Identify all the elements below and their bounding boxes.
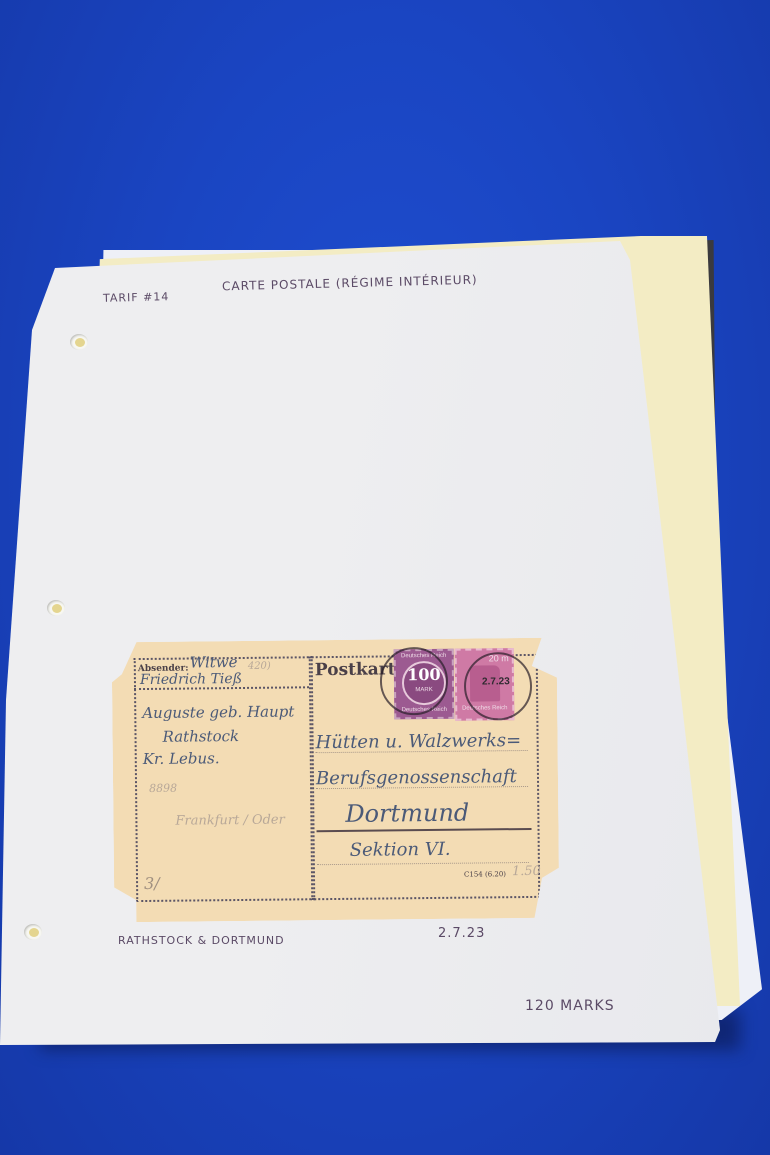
pencil-note-4: 3/ xyxy=(144,874,160,893)
address-line-2: Berufsgenossenschaft xyxy=(316,766,517,789)
form-code: C154 (6.20) xyxy=(464,870,506,878)
sender-box xyxy=(134,656,316,902)
sender-line-3: Auguste geb. Haupt xyxy=(142,702,294,722)
pencil-note-1: 420) xyxy=(248,661,271,672)
date-caption: 2.7.23 xyxy=(438,926,485,941)
sender-line-1: Witwe xyxy=(190,653,238,671)
postcard: Absender: Witwe Friedrich Tieß 420) Augu… xyxy=(112,638,560,923)
postmark-date: 2.7.23 xyxy=(482,676,510,687)
punch-hole-middle xyxy=(47,600,65,616)
sender-line-5: Kr. Lebus. xyxy=(143,749,220,768)
album-page-shading xyxy=(0,0,770,1155)
postmark-1 xyxy=(380,647,449,716)
rate-caption: 120 MARKS xyxy=(525,998,615,1014)
route-caption: RATHSTOCK & DORTMUND xyxy=(118,934,285,947)
sender-line-2: Friedrich Tieß xyxy=(140,671,242,688)
tarif-label: TARIF #14 xyxy=(103,290,170,305)
address-line-4: Sektion VI. xyxy=(350,839,451,861)
sender-line-4: Rathstock xyxy=(162,727,239,746)
pencil-note-5: 1.50 xyxy=(512,864,541,879)
punch-hole-bottom xyxy=(24,924,42,940)
address-line-3: Dortmund xyxy=(345,799,469,828)
postmark-2: 2.7.23 xyxy=(464,652,533,721)
pencil-note-3: Frankfurt / Oder xyxy=(175,813,285,829)
pencil-note-2: 8898 xyxy=(149,782,177,795)
address-line-1: Hütten u. Walzwerks= xyxy=(315,730,521,753)
punch-hole-top xyxy=(70,334,88,350)
